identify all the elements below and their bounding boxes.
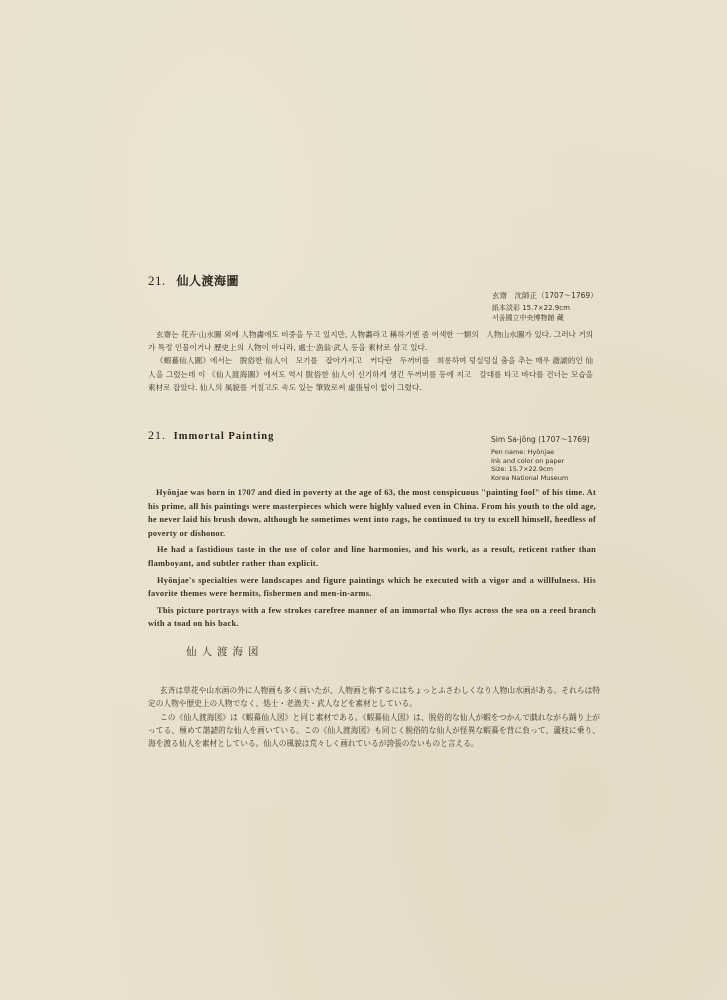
english-size: Size: 15.7×22.9cm [491, 465, 590, 474]
english-paragraph: Hyŏnjae's specialties were landscapes an… [148, 574, 596, 601]
english-section-title: 21. Immortal Painting [148, 428, 274, 443]
korean-artwork-meta: 玄齋 沈師正（1707～1769） 紙本淡彩 15.7×22.9cm 서울國立中… [492, 291, 598, 323]
english-paragraph: This picture portrays with a few strokes… [148, 604, 596, 631]
japanese-paragraph: 玄斉は草花や山水画の外に人物画も多く画いたが、人物画と称するにはちょっとふさわし… [148, 684, 600, 711]
english-artwork-meta: Sim Sa-jŏng (1707～1769) Pen name: Hyŏnja… [491, 436, 590, 483]
english-paragraph: He had a fastidious taste in the use of … [148, 543, 596, 570]
english-title-text: Immortal Painting [174, 431, 275, 442]
korean-plate-number: 21. [148, 273, 166, 288]
english-collection: Korea National Museum [491, 474, 590, 483]
korean-medium: 紙本淡彩 15.7×22.9cm [492, 303, 598, 313]
korean-section-title: 21. 仙人渡海圖 [148, 272, 239, 289]
japanese-paragraph: この《仙人渡海図》は《蝦蟇仙人図》と同じ素材である。《蝦蟇仙人図》は、脱俗的な仙… [148, 711, 600, 751]
korean-description: 玄齋는 花卉·山水圖 외에 人物畵에도 비중을 두고 있지만, 人物畵라고 稱하… [148, 328, 593, 394]
japanese-description: 玄斉は草花や山水画の外に人物画も多く画いたが、人物画と称するにはちょっとふさわし… [148, 684, 600, 750]
korean-title-text: 仙人渡海圖 [176, 274, 239, 288]
japanese-section-title: 仙人渡海図 [186, 644, 264, 659]
korean-artist: 玄齋 沈師正（1707～1769） [492, 291, 598, 301]
korean-collection: 서울國立中央博物館 藏 [492, 313, 598, 323]
english-medium: Ink and color on paper [491, 457, 590, 466]
english-pen-name: Pen name: Hyŏnjae [491, 448, 590, 457]
english-artist: Sim Sa-jŏng (1707～1769) [491, 436, 590, 445]
english-plate-number: 21. [148, 428, 166, 442]
english-paragraph: Hyŏnjae was born in 1707 and died in pov… [148, 486, 596, 540]
korean-paragraph: 《蝦蟇仙人圖》에서는 脫俗한 仙人이 모기를 잡아가지고 커다란 두꺼비를 희롱… [148, 354, 593, 394]
book-page: 21. 仙人渡海圖 玄齋 沈師正（1707～1769） 紙本淡彩 15.7×22… [0, 0, 727, 1000]
english-description: Hyŏnjae was born in 1707 and died in pov… [148, 486, 596, 634]
korean-paragraph: 玄齋는 花卉·山水圖 외에 人物畵에도 비중을 두고 있지만, 人物畵라고 稱하… [148, 328, 593, 354]
